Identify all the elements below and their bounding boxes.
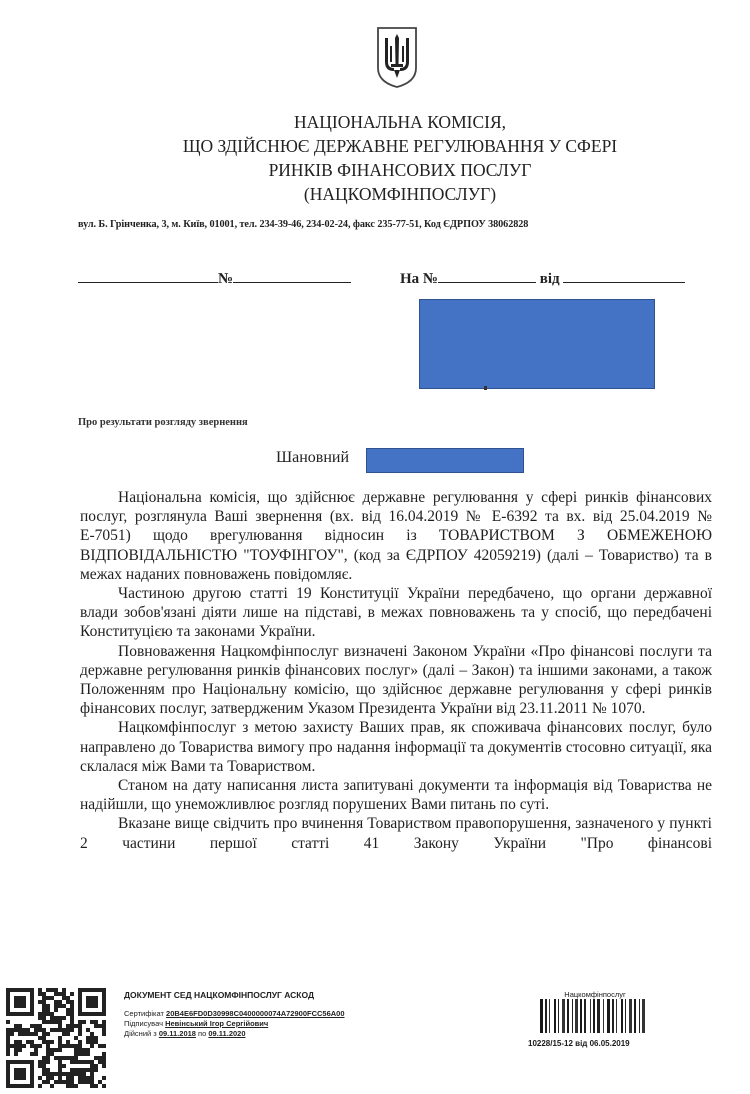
outgoing-date-blank: [78, 268, 218, 283]
body-paragraph-2: Частиною другою статті 19 Конституції Ук…: [80, 584, 712, 642]
valid-from-date: 09.11.2018: [159, 1029, 196, 1038]
certificate-value: 20B4E6FD0D30998C0400000074A72900FCC56A00: [166, 1009, 344, 1018]
registration-barcode: Нацкомфінпослуг 10228/15-12 від 06.05.20…: [540, 990, 670, 1048]
reply-to-label: На №: [400, 271, 438, 287]
signer-label: Підписувач: [124, 1019, 163, 1028]
letter-subject: Про результати розгляду звернення: [78, 417, 248, 428]
org-title-line-4: (НАЦКОМФІНПОСЛУГ): [60, 182, 740, 206]
org-title-line-2: ЩО ЗДІЙСНЮЄ ДЕРЖАВНЕ РЕГУЛЮВАННЯ У СФЕРІ: [60, 134, 740, 158]
registration-number: 10228/15-12 від 06.05.2019: [528, 1039, 670, 1048]
barcode-label: Нацкомфінпослуг: [530, 990, 660, 999]
trident-coat-of-arms-icon: [372, 24, 422, 90]
outgoing-number-field: №: [78, 268, 351, 288]
number-sign: №: [218, 271, 233, 287]
valid-to-label: по: [198, 1029, 206, 1038]
org-title-line-1: НАЦІОНАЛЬНА КОМІСІЯ,: [60, 110, 740, 134]
qr-code-icon: [6, 988, 106, 1088]
body-paragraph-3: Повноваження Нацкомфінпослуг визначені З…: [80, 642, 712, 719]
valid-to-date: 09.11.2020: [208, 1029, 245, 1038]
body-paragraph-4: Нацкомфінпослуг з метою захисту Ваших пр…: [80, 718, 712, 776]
certificate-line: Сертифікат 20B4E6FD0D30998C0400000074A72…: [124, 1009, 345, 1019]
letter-body: Національна комісія, що здійснює державн…: [80, 488, 712, 853]
signer-value: Невінський Ігор Сергійович: [165, 1019, 268, 1028]
redacted-recipient-name: [366, 448, 524, 473]
redacted-addressee-block: [419, 299, 655, 389]
valid-from-label: Дійсний з: [124, 1029, 157, 1038]
signer-line: Підписувач Невінський Ігор Сергійович: [124, 1019, 345, 1029]
organization-title: НАЦІОНАЛЬНА КОМІСІЯ, ЩО ЗДІЙСНЮЄ ДЕРЖАВН…: [60, 110, 740, 206]
org-title-line-3: РИНКІВ ФІНАНСОВИХ ПОСЛУГ: [60, 158, 740, 182]
outgoing-number-blank: [233, 268, 351, 283]
electronic-signature-stamp: ДОКУМЕНТ СЕД НАЦКОМФІНПОСЛУГ АСКОД Серти…: [124, 990, 345, 1039]
barcode-icon: [540, 999, 648, 1033]
organization-address: вул. Б. Грінченка, 3, м. Київ, 01001, те…: [78, 218, 673, 230]
incoming-reference-field: На № від: [400, 268, 685, 288]
reply-number-blank: [438, 268, 536, 283]
salutation: Шановний: [276, 449, 349, 467]
certificate-label: Сертифікат: [124, 1009, 164, 1018]
reply-date-blank: [563, 268, 685, 283]
stray-mark: [484, 386, 487, 390]
body-paragraph-6: Вказане вище свідчить про вчинення Товар…: [80, 814, 712, 852]
edoc-title: ДОКУМЕНТ СЕД НАЦКОМФІНПОСЛУГ АСКОД: [124, 990, 345, 1000]
from-label: від: [540, 271, 560, 287]
validity-line: Дійсний з 09.11.2018 по 09.11.2020: [124, 1029, 345, 1039]
body-paragraph-5: Станом на дату написання листа запитуван…: [80, 776, 712, 814]
body-paragraph-1: Національна комісія, що здійснює державн…: [80, 488, 712, 584]
